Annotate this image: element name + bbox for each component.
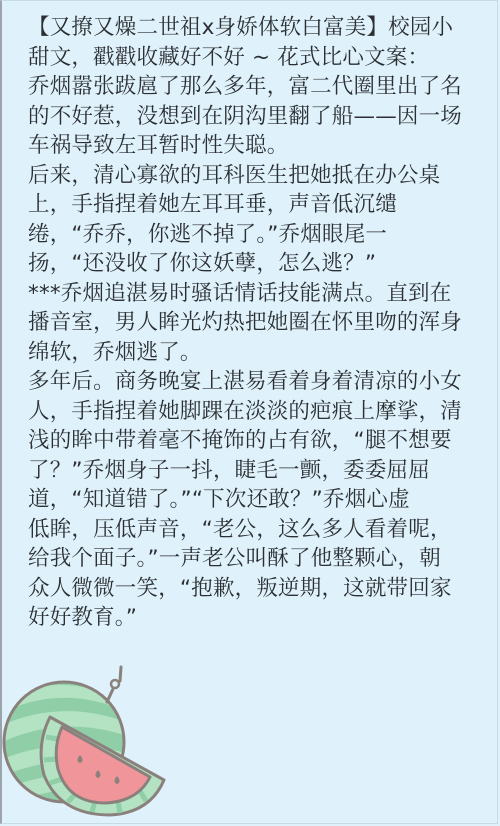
text-line: 多年后。商务晚宴上湛易看着身着清凉的小女 [28, 367, 478, 397]
text-line: 绻，“乔乔，你逃不掉了。”乔烟眼尾一 [28, 220, 478, 250]
text-line: 后来，清心寡欲的耳科医生把她抵在办公桌 [28, 161, 478, 191]
watermelon-icon [0, 655, 175, 820]
text-line: 了？”乔烟身子一抖，睫毛一颤，委委屈屈 [28, 456, 478, 486]
text-line: 低眸，压低声音，“老公，这么多人看着呢， [28, 515, 478, 545]
text-line: 道，“知道错了。”“下次还敢？”乔烟心虚 [28, 485, 478, 515]
text-line: 甜文，戳戳收藏好不好 ~ 花式比心文案： [28, 43, 478, 73]
text-line: 乔烟嚣张跋扈了那么多年，富二代圈里出了名 [28, 72, 478, 102]
text-line: 好好教育。” [28, 603, 478, 633]
text-line: 绵软，乔烟逃了。 [28, 338, 478, 368]
text-line: 人，手指捏着她脚踝在淡淡的疤痕上摩挲，清 [28, 397, 478, 427]
text-line: ***乔烟追湛易时骚话情话技能满点。直到在 [28, 279, 478, 309]
text-line: 【又撩又燥二世祖x身娇体软白富美】校园小 [28, 13, 478, 43]
text-line: 的不好惹，没想到在阴沟里翻了船——因一场 [28, 102, 478, 132]
text-line: 车祸导致左耳暂时性失聪。 [28, 131, 478, 161]
text-line: 扬，“还没收了你这妖孽，怎么逃？” [28, 249, 478, 279]
text-line: 众人微微一笑，“抱歉，叛逆期，这就带回家 [28, 574, 478, 604]
article-text: 【又撩又燥二世祖x身娇体软白富美】校园小 甜文，戳戳收藏好不好 ~ 花式比心文案… [28, 13, 478, 633]
text-line: 播音室，男人眸光灼热把她圈在怀里吻的浑身 [28, 308, 478, 338]
text-line: 给我个面子。”一声老公叫酥了他整颗心，朝 [28, 544, 478, 574]
text-line: 浅的眸中带着毫不掩饰的占有欲，“腿不想要 [28, 426, 478, 456]
text-line: 上，手指捏着她左耳耳垂，声音低沉缱 [28, 190, 478, 220]
